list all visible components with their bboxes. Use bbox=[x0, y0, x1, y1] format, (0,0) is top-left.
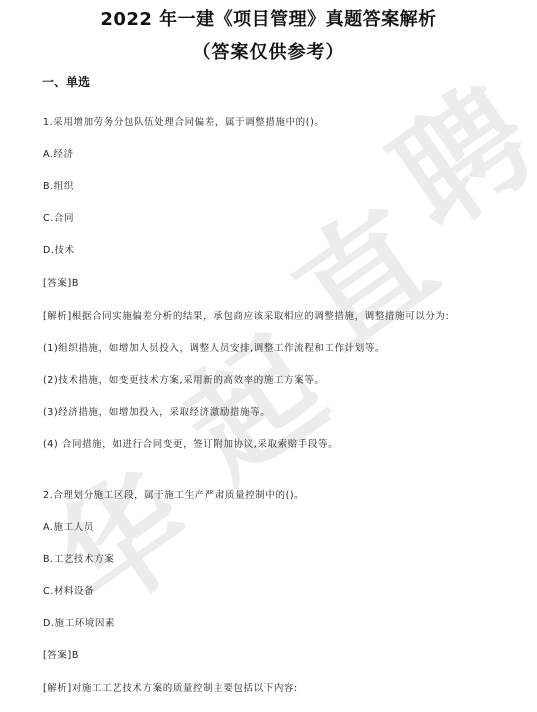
watermark-char: 直 bbox=[275, 190, 453, 368]
watermark-char: 华 bbox=[35, 455, 213, 633]
watermark-char: 聘 bbox=[375, 70, 537, 248]
option-c: C.材料设备 bbox=[43, 586, 94, 598]
document-subtitle: （答案仅供参考） bbox=[0, 38, 537, 64]
option-a: A.施工人员 bbox=[43, 522, 94, 534]
analysis: [解析]对施工工艺技术方案的质量控制主要包括以下内容: bbox=[43, 683, 298, 695]
question-stem: 1.采用增加劳务分包队伍处理合同偏差，属于调整措施中的()。 bbox=[43, 117, 324, 129]
watermark: 聘 直 起 华 bbox=[0, 0, 537, 712]
question-stem: 2.合理划分施工区段，属于施工生产严肃质量控制中的()。 bbox=[43, 490, 304, 502]
analysis-point: (3)经济措施，如增加投入，采取经济激励措施等。 bbox=[43, 407, 270, 419]
document-title: 2022 年一建《项目管理》真题答案解析 bbox=[0, 5, 537, 31]
analysis: [解析]根据合同实施偏差分析的结果，承包商应该采取相应的调整措施，调整措施可以分… bbox=[43, 311, 449, 323]
section-heading: 一、单选 bbox=[42, 73, 90, 90]
option-d: D.技术 bbox=[43, 245, 75, 257]
option-a: A.经济 bbox=[43, 149, 74, 161]
answer: [答案]B bbox=[43, 650, 79, 662]
answer: [答案]B bbox=[43, 278, 79, 290]
option-b: B.组织 bbox=[43, 181, 74, 193]
analysis-point: (4) 合同措施，如进行合同变更，签订附加协议,采取索赔手段等。 bbox=[43, 439, 338, 451]
option-b: B.工艺技术方案 bbox=[43, 554, 114, 566]
analysis-point: (1)组织措施，如增加人员投入，调整人员安排,调整工作流程和工作计划等。 bbox=[43, 343, 385, 355]
option-d: D.施工环境因素 bbox=[43, 618, 115, 630]
option-c: C.合同 bbox=[43, 213, 74, 225]
analysis-point: (2)技术措施，如变更技术方案,采用新的高效率的施工方案等。 bbox=[43, 375, 324, 387]
